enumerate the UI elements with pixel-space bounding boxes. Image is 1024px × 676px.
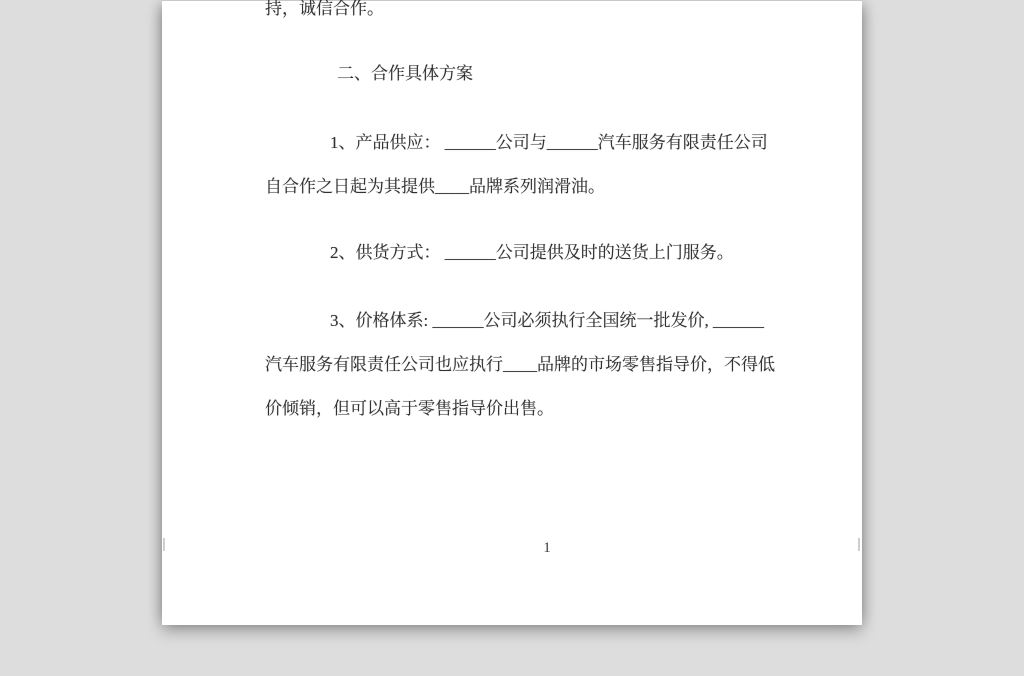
doc-line-item3-2: 汽车服务有限责任公司也应执行____品牌的市场零售指导价，不得低 xyxy=(265,353,775,377)
page-number: 1 xyxy=(539,540,555,557)
doc-line-item1-1: 1、产品供应： ______公司与______汽车服务有限责任公司 xyxy=(330,131,768,155)
document-viewer-background: 持，诚信合作。 二、合作具体方案 1、产品供应： ______公司与______… xyxy=(0,0,1024,676)
doc-line-item3-3: 价倾销，但可以高于零售指导价出售。 xyxy=(265,397,554,421)
footer-margin-mark-right xyxy=(858,538,860,551)
footer-margin-mark-left xyxy=(163,538,165,551)
doc-line-item1-2: 自合作之日起为其提供____品牌系列润滑油。 xyxy=(265,175,605,199)
doc-line-item2-1: 2、供货方式： ______公司提供及时的送货上门服务。 xyxy=(330,241,734,265)
section-heading: 二、合作具体方案 xyxy=(337,62,473,86)
document-page: 持，诚信合作。 二、合作具体方案 1、产品供应： ______公司与______… xyxy=(162,0,862,625)
doc-line-closing: 持，诚信合作。 xyxy=(265,0,384,21)
doc-line-item3-1: 3、价格体系: ______公司必须执行全国统一批发价, ______ xyxy=(330,309,764,333)
